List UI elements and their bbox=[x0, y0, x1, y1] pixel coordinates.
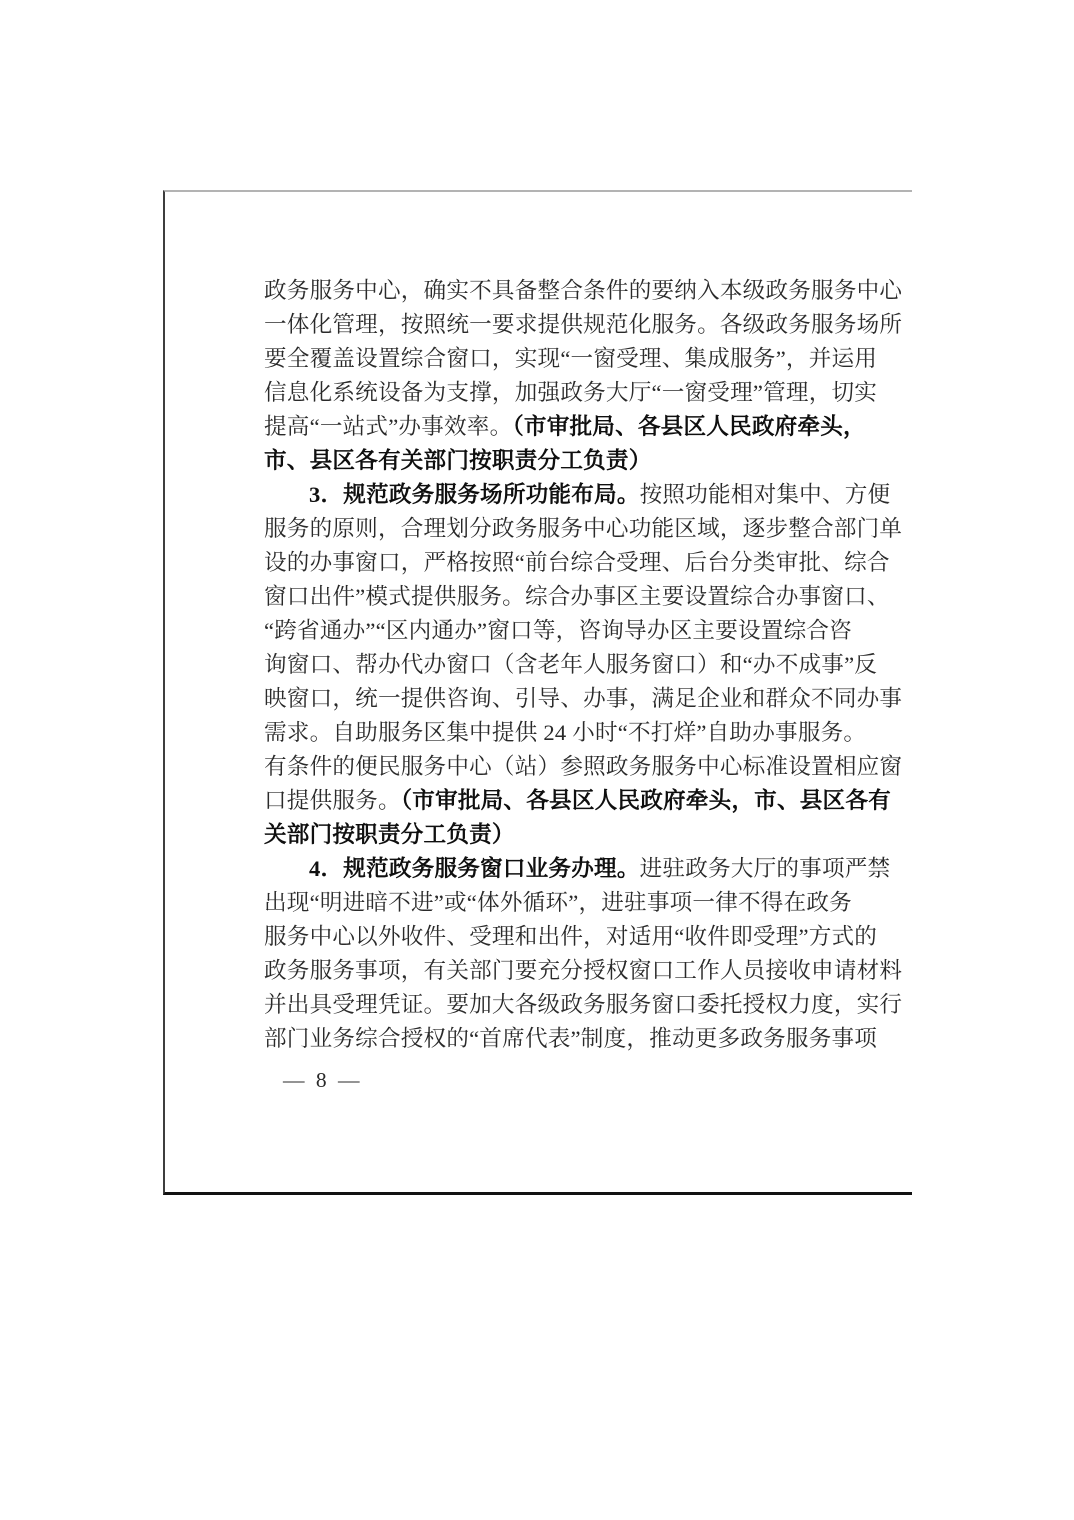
text-segment: 一体化管理，按照统一要求提供规范化服务。各级政务服务场所 bbox=[264, 312, 902, 337]
text-line: 信息化系统设备为支撑，加强政务大厅“一窗受理”管理，切实 bbox=[264, 376, 829, 410]
text-segment: 政务服务事项，有关部门要充分授权窗口工作人员接收申请材料 bbox=[264, 958, 902, 983]
text-line: 服务中心以外收件、受理和出件，对适用“收件即受理”方式的 bbox=[264, 920, 829, 954]
text-line: 映窗口，统一提供咨询、引导、办事，满足企业和群众不同办事 bbox=[264, 682, 829, 716]
text-segment: 进驻政务大厅的事项严禁 bbox=[640, 856, 891, 881]
text-segment: 口提供服务。 bbox=[264, 788, 401, 813]
text-line: 一体化管理，按照统一要求提供规范化服务。各级政务服务场所 bbox=[264, 308, 829, 342]
text-segment: 按照功能相对集中、方便 bbox=[640, 482, 891, 507]
page-frame: 政务服务中心，确实不具备整合条件的要纳入本级政务服务中心一体化管理，按照统一要求… bbox=[163, 190, 912, 1195]
text-line: 3．规范政务服务场所功能布局。按照功能相对集中、方便 bbox=[264, 478, 829, 512]
text-segment: 3．规范政务服务场所功能布局。 bbox=[309, 482, 640, 507]
text-segment: 询窗口、帮办代办窗口（含老年人服务窗口）和“办不成事”反 bbox=[264, 652, 877, 677]
text-segment: 并出具受理凭证。要加大各级政务服务窗口委托授权力度，实行 bbox=[264, 992, 902, 1017]
text-line: 部门业务综合授权的“首席代表”制度，推动更多政务服务事项 bbox=[264, 1022, 829, 1056]
text-segment: 要全覆盖设置综合窗口，实现“一窗受理、集成服务”，并运用 bbox=[264, 346, 877, 371]
text-line: 询窗口、帮办代办窗口（含老年人服务窗口）和“办不成事”反 bbox=[264, 648, 829, 682]
text-line: 需求。自助服务区集中提供 24 小时“不打烊”自助办事服务。 bbox=[264, 716, 829, 750]
text-line: 有条件的便民服务中心（站）参照政务服务中心标准设置相应窗 bbox=[264, 750, 829, 784]
text-segment: （市审批局、各县区人民政府牵头， bbox=[512, 414, 865, 439]
page-number: — 8 — bbox=[283, 1063, 363, 1097]
text-line: “跨省通办”“区内通办”窗口等，咨询导办区主要设置综合咨 bbox=[264, 614, 829, 648]
text-line: 提高“一站式”办事效率。（市审批局、各县区人民政府牵头， bbox=[264, 410, 829, 444]
text-segment: 窗口出件”模式提供服务。综合办事区主要设置综合办事窗口、 bbox=[264, 584, 890, 609]
text-segment: 政务服务中心，确实不具备整合条件的要纳入本级政务服务中心 bbox=[264, 278, 902, 303]
text-segment: 服务的原则，合理划分政务服务中心功能区域，逐步整合部门单 bbox=[264, 516, 902, 541]
text-segment: 4．规范政务服务窗口业务办理。 bbox=[309, 856, 640, 881]
text-line: 政务服务事项，有关部门要充分授权窗口工作人员接收申请材料 bbox=[264, 954, 829, 988]
text-segment: （市审批局、各县区人民政府牵头，市、县区各有 bbox=[401, 788, 891, 813]
text-segment: 提高“一站式”办事效率。 bbox=[264, 414, 512, 439]
document-body: 政务服务中心，确实不具备整合条件的要纳入本级政务服务中心一体化管理，按照统一要求… bbox=[264, 274, 829, 1056]
text-line: 并出具受理凭证。要加大各级政务服务窗口委托授权力度，实行 bbox=[264, 988, 829, 1022]
text-segment: 关部门按职责分工负责） bbox=[264, 822, 515, 847]
text-line: 4．规范政务服务窗口业务办理。进驻政务大厅的事项严禁 bbox=[264, 852, 829, 886]
text-line: 关部门按职责分工负责） bbox=[264, 818, 829, 852]
text-line: 窗口出件”模式提供服务。综合办事区主要设置综合办事窗口、 bbox=[264, 580, 829, 614]
text-segment: 出现“明进暗不进”或“体外循环”，进驻事项一律不得在政务 bbox=[264, 890, 852, 915]
text-line: 服务的原则，合理划分政务服务中心功能区域，逐步整合部门单 bbox=[264, 512, 829, 546]
text-segment: 设的办事窗口，严格按照“前台综合受理、后台分类审批、综合 bbox=[264, 550, 890, 575]
text-segment: 部门业务综合授权的“首席代表”制度，推动更多政务服务事项 bbox=[264, 1026, 877, 1051]
text-line: 设的办事窗口，严格按照“前台综合受理、后台分类审批、综合 bbox=[264, 546, 829, 580]
text-segment: 有条件的便民服务中心（站）参照政务服务中心标准设置相应窗 bbox=[264, 754, 902, 779]
text-segment: 需求。自助服务区集中提供 24 小时“不打烊”自助办事服务。 bbox=[264, 720, 866, 745]
text-line: 口提供服务。（市审批局、各县区人民政府牵头，市、县区各有 bbox=[264, 784, 829, 818]
text-segment: 市、县区各有关部门按职责分工负责） bbox=[264, 448, 652, 473]
text-segment: 服务中心以外收件、受理和出件，对适用“收件即受理”方式的 bbox=[264, 924, 877, 949]
text-line: 出现“明进暗不进”或“体外循环”，进驻事项一律不得在政务 bbox=[264, 886, 829, 920]
text-line: 政务服务中心，确实不具备整合条件的要纳入本级政务服务中心 bbox=[264, 274, 829, 308]
text-line: 要全覆盖设置综合窗口，实现“一窗受理、集成服务”，并运用 bbox=[264, 342, 829, 376]
scanned-document: 政务服务中心，确实不具备整合条件的要纳入本级政务服务中心一体化管理，按照统一要求… bbox=[0, 0, 1074, 1520]
text-segment: 映窗口，统一提供咨询、引导、办事，满足企业和群众不同办事 bbox=[264, 686, 902, 711]
text-segment: “跨省通办”“区内通办”窗口等，咨询导办区主要设置综合咨 bbox=[264, 618, 852, 643]
text-line: 市、县区各有关部门按职责分工负责） bbox=[264, 444, 829, 478]
text-segment: 信息化系统设备为支撑，加强政务大厅“一窗受理”管理，切实 bbox=[264, 380, 877, 405]
